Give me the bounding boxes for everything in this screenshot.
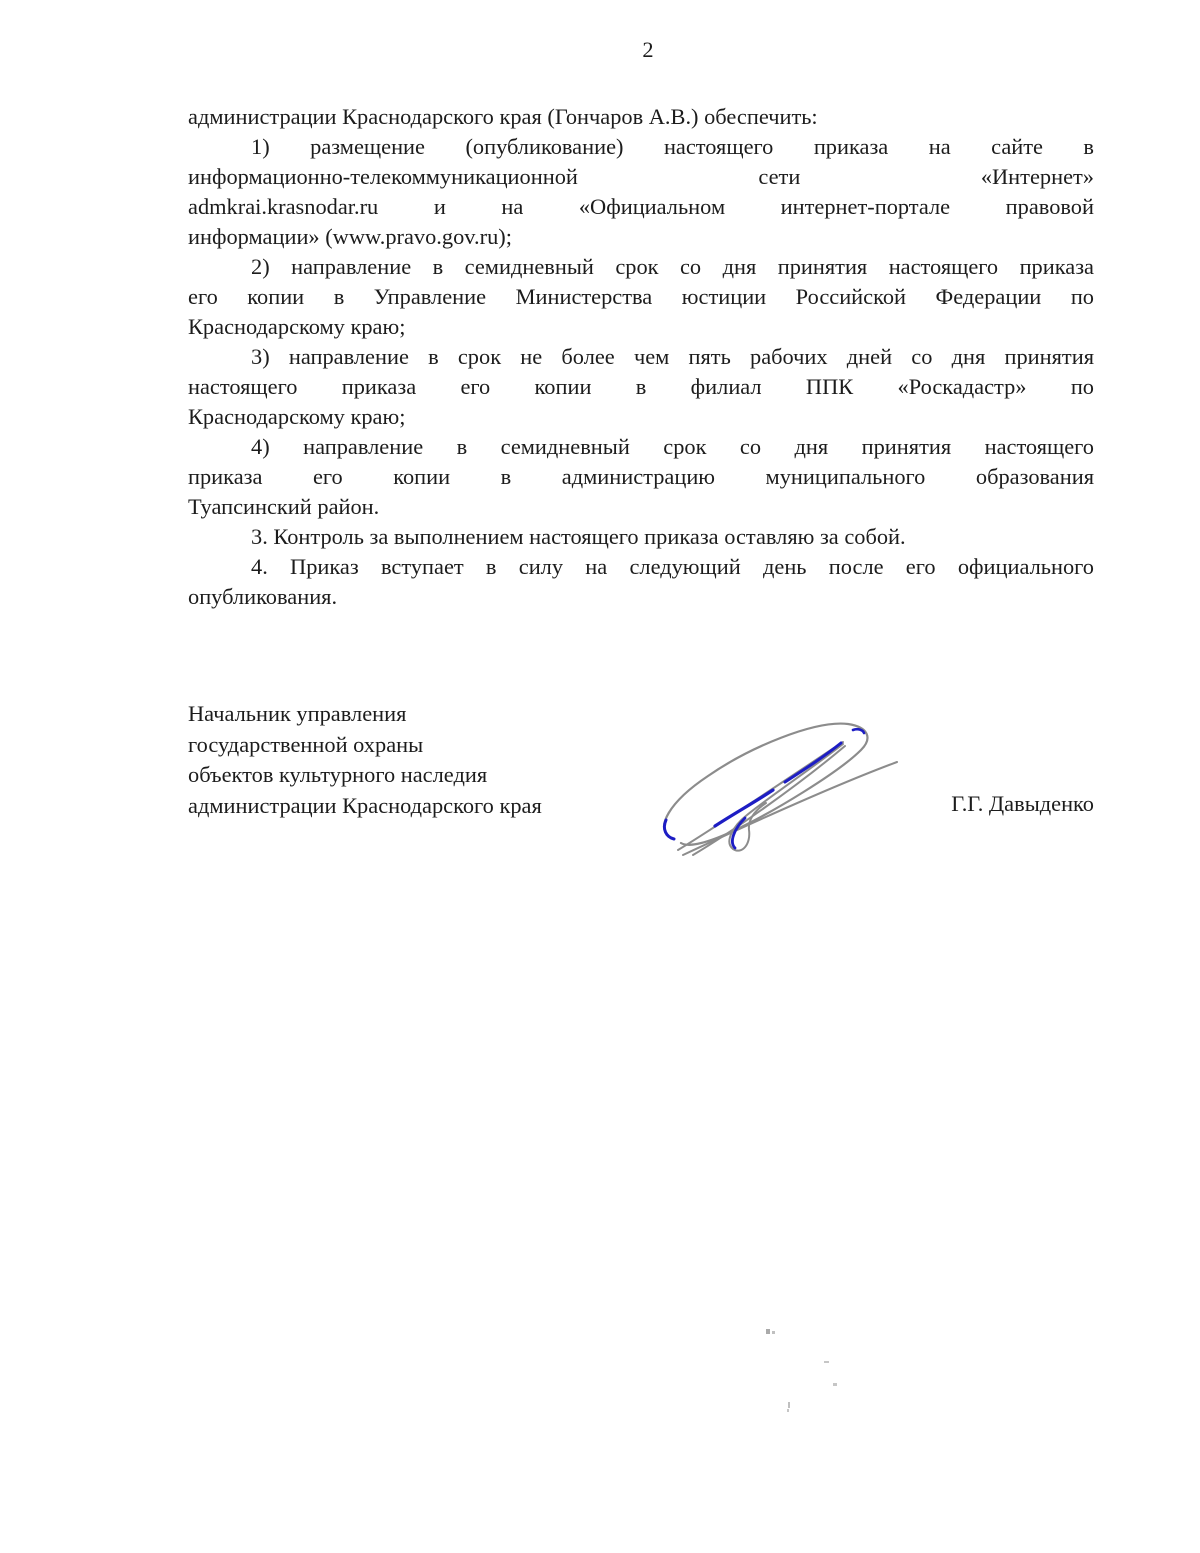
page-number: 2: [188, 36, 1108, 64]
body-line: администрации Краснодарского края (Гонча…: [188, 102, 1094, 132]
scan-artifact: [772, 1331, 775, 1334]
body-line: приказа его копии в администрацию муници…: [188, 462, 1094, 492]
document-page: 2 администрации Краснодарского края (Гон…: [0, 0, 1200, 1553]
scan-artifact: [766, 1329, 770, 1334]
body-line: информации» (www.pravo.gov.ru);: [188, 222, 1094, 252]
body-line: 1) размещение (опубликование) настоящего…: [188, 132, 1094, 162]
scan-artifact: [788, 1402, 790, 1408]
body-line: Краснодарскому краю;: [188, 312, 1094, 342]
body-line: 2) направление в семидневный срок со дня…: [188, 252, 1094, 282]
document-body: администрации Краснодарского края (Гонча…: [188, 102, 1094, 612]
scan-artifact: [824, 1361, 829, 1363]
body-line: admkrai.krasnodar.ru и на «Официальном и…: [188, 192, 1094, 222]
body-line: настоящего приказа его копии в филиал ПП…: [188, 372, 1094, 402]
scan-artifact: [833, 1383, 837, 1386]
body-line: 4. Приказ вступает в силу на следующий д…: [188, 552, 1094, 582]
body-line: 3. Контроль за выполнением настоящего пр…: [188, 522, 1094, 552]
body-line: 3) направление в срок не более чем пять …: [188, 342, 1094, 372]
body-line: опубликования.: [188, 582, 1094, 612]
body-line: его копии в Управление Министерства юсти…: [188, 282, 1094, 312]
body-line: Краснодарскому краю;: [188, 402, 1094, 432]
body-line: Туапсинский район.: [188, 492, 1094, 522]
body-line: 4) направление в семидневный срок со дня…: [188, 432, 1094, 462]
body-line: информационно-телекоммуникационной сети …: [188, 162, 1094, 192]
scan-artifact: [787, 1409, 789, 1412]
signer-name: Г.Г. Давыденко: [188, 789, 1094, 819]
